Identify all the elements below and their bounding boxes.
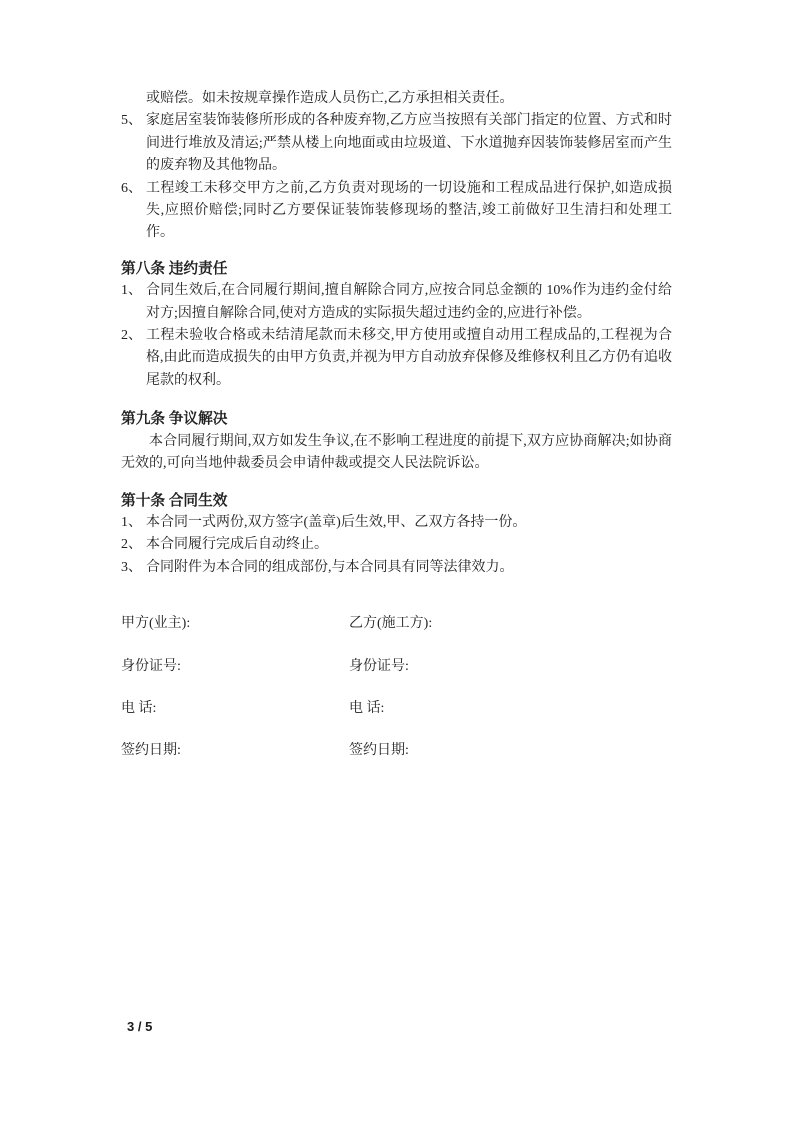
article-9-paragraph: 本合同履行期间,双方如发生争议,在不影响工程进度的前提下,双方应协商解决;如协商… [121,431,672,476]
list-item-6: 6、 工程竣工未移交甲方之前,乙方负责对现场的一切设施和工程成品进行保护,如造成… [121,178,672,245]
article-10-heading: 第十条 合同生效 [121,490,672,512]
list-item-6-number: 6、 [121,178,146,245]
party-a-label: 甲方(业主): [121,613,349,635]
article-8-item-1-text: 合同生效后,在合同履行期间,擅自解除合同方,应按合同总金额的 10%作为违约金付… [146,280,672,325]
article-8-item-1: 1、 合同生效后,在合同履行期间,擅自解除合同方,应按合同总金额的 10%作为违… [121,280,672,325]
clause-4-continuation: 或赔偿。如未按规章操作造成人员伤亡,乙方承担相关责任。 [121,88,672,110]
article-8-item-2-number: 2、 [121,325,146,392]
signature-row-date: 签约日期: 签约日期: [121,740,672,762]
party-b-id-label: 身份证号: [349,656,672,678]
article-9-heading: 第九条 争议解决 [121,408,672,430]
article-10-item-1: 1、 本合同一式两份,双方签字(盖章)后生效,甲、乙双方各持一份。 [121,512,672,534]
party-b-label: 乙方(施工方): [349,613,672,635]
party-a-date-label: 签约日期: [121,740,349,762]
article-8-heading: 第八条 违约责任 [121,258,672,280]
party-b-phone-label: 电 话: [349,698,672,720]
signature-row-party: 甲方(业主): 乙方(施工方): [121,613,672,635]
article-10-item-3: 3、 合同附件为本合同的组成部份,与本合同具有同等法律效力。 [121,557,672,579]
article-10-item-3-text: 合同附件为本合同的组成部份,与本合同具有同等法律效力。 [146,557,672,579]
article-10-item-1-number: 1、 [121,512,146,534]
article-8-item-2-text: 工程未验收合格或未结清尾款而未移交,甲方使用或擅自动用工程成品的,工程视为合格,… [146,325,672,392]
article-10-item-2-number: 2、 [121,534,146,556]
page-number: 3 / 5 [127,1019,152,1034]
article-10-item-2-text: 本合同履行完成后自动终止。 [146,534,672,556]
party-a-phone-label: 电 话: [121,698,349,720]
list-item-5-text: 家庭居室装饰装修所形成的各种废弃物,乙方应当按照有关部门指定的位置、方式和时间进… [146,110,672,177]
party-b-date-label: 签约日期: [349,740,672,762]
party-a-id-label: 身份证号: [121,656,349,678]
list-item-6-text: 工程竣工未移交甲方之前,乙方负责对现场的一切设施和工程成品进行保护,如造成损失,… [146,178,672,245]
list-item-5-number: 5、 [121,110,146,177]
article-10-item-1-text: 本合同一式两份,双方签字(盖章)后生效,甲、乙双方各持一份。 [146,512,672,534]
signature-row-id: 身份证号: 身份证号: [121,656,672,678]
article-8-item-1-number: 1、 [121,280,146,325]
list-item-5: 5、 家庭居室装饰装修所形成的各种废弃物,乙方应当按照有关部门指定的位置、方式和… [121,110,672,177]
article-10-item-2: 2、 本合同履行完成后自动终止。 [121,534,672,556]
signature-row-phone: 电 话: 电 话: [121,698,672,720]
signature-block: 甲方(业主): 乙方(施工方): 身份证号: 身份证号: 电 话: 电 话: 签… [121,613,672,763]
document-page: 或赔偿。如未按规章操作造成人员伤亡,乙方承担相关责任。 5、 家庭居室装饰装修所… [0,0,793,1122]
document-body: 或赔偿。如未按规章操作造成人员伤亡,乙方承担相关责任。 5、 家庭居室装饰装修所… [121,88,672,763]
article-10-item-3-number: 3、 [121,557,146,579]
article-8-item-2: 2、 工程未验收合格或未结清尾款而未移交,甲方使用或擅自动用工程成品的,工程视为… [121,325,672,392]
